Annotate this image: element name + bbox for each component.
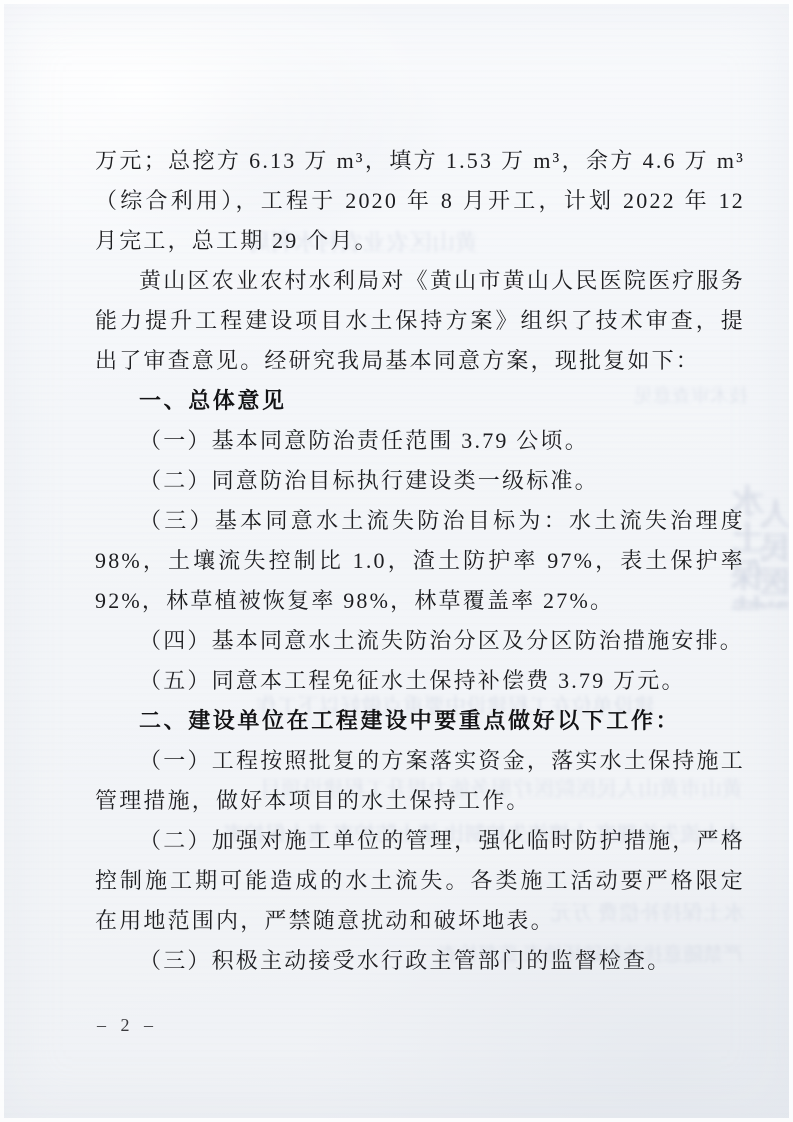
paragraph: （五）同意本工程免征水土保持补偿费 3.79 万元。 (95, 661, 745, 701)
paragraph: （二）同意防治目标执行建设类一级标准。 (95, 461, 745, 501)
paragraph: （三）基本同意水土流失防治目标为：水土流失治理度 98%，土壤流失控制比 1.0… (95, 501, 745, 621)
paragraph: （四）基本同意水土流失防治分区及分区防治措施安排。 (95, 621, 745, 661)
paragraph: 万元；总挖方 6.13 万 m³，填方 1.53 万 m³，余方 4.6 万 m… (95, 141, 745, 261)
document-body: 万元；总挖方 6.13 万 m³，填方 1.53 万 m³，余方 4.6 万 m… (95, 141, 745, 981)
paragraph: 黄山区农业农村水利局对《黄山市黄山人民医院医疗服务能力提升工程建设项目水土保持方… (95, 261, 745, 381)
scanned-document-page: 黄山区农业农村水利局 技术审查意见 水土保持 人民医院 建设单位在工程建设中要重… (0, 0, 793, 1122)
bleedthrough-ghost: 人民医院 (757, 498, 793, 608)
paragraph: （三）积极主动接受水行政主管部门的监督检查。 (95, 941, 745, 981)
section-heading: 二、建设单位在工程建设中要重点做好以下工作： (95, 701, 745, 741)
paragraph: （一）基本同意防治责任范围 3.79 公顷。 (95, 421, 745, 461)
page-number: – 2 – (97, 1015, 158, 1036)
section-heading: 一、总体意见 (95, 381, 745, 421)
paragraph: （二）加强对施工单位的管理，强化临时防护措施，严格控制施工期可能造成的水土流失。… (95, 821, 745, 941)
paragraph: （一）工程按照批复的方案落实资金，落实水土保持施工管理措施，做好本项目的水土保持… (95, 741, 745, 821)
